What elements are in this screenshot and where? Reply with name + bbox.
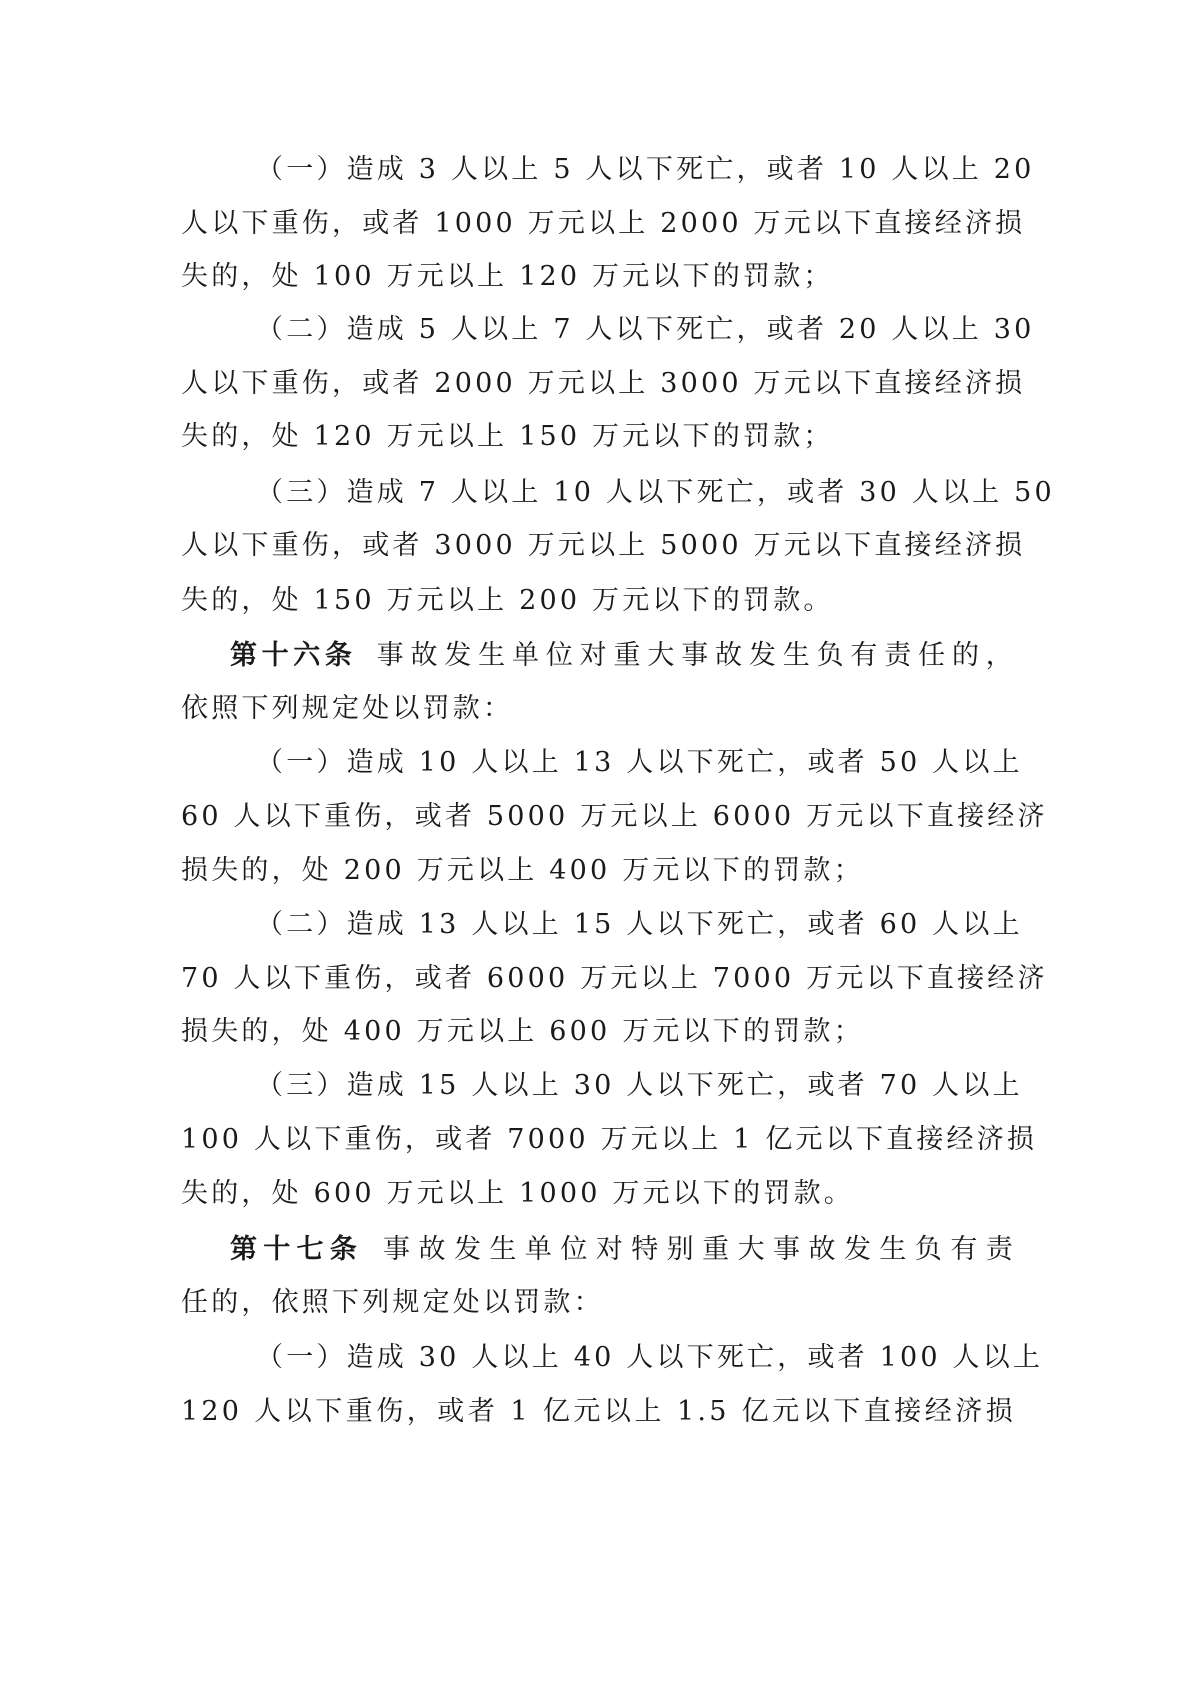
paragraph-line: （一）造成 30 人以上 40 人以下死亡，或者 100 人以上 <box>256 1331 1016 1385</box>
paragraph-line: 失的，处 100 万元以上 120 万元以下的罚款； <box>181 250 1016 304</box>
paragraph-line: 任的，依照下列规定处以罚款： <box>181 1276 1016 1330</box>
paragraph-line: （三）造成 15 人以上 30 人以下死亡，或者 70 人以上 <box>256 1059 1016 1113</box>
paragraph-line: 人以下重伤，或者 1000 万元以上 2000 万元以下直接经济损 <box>181 197 1016 251</box>
article-number: 第十六条 <box>230 640 357 671</box>
paragraph-line: 100 人以下重伤，或者 7000 万元以上 1 亿元以下直接经济损 <box>181 1113 1016 1167</box>
paragraph-line: 60 人以下重伤，或者 5000 万元以上 6000 万元以下直接经济 <box>181 790 1016 844</box>
article-text: 事故发生单位对特别重大事故发生负有责 <box>383 1234 1016 1265</box>
paragraph-line: （三）造成 7 人以上 10 人以下死亡，或者 30 人以上 50 <box>256 466 1016 520</box>
paragraph-line: （一）造成 3 人以上 5 人以下死亡，或者 10 人以上 20 <box>256 143 1016 197</box>
paragraph-line: 70 人以下重伤，或者 6000 万元以上 7000 万元以下直接经济 <box>181 952 1016 1006</box>
article-number: 第十七条 <box>230 1234 363 1265</box>
paragraph-line: 失的，处 150 万元以上 200 万元以下的罚款。 <box>181 574 1016 628</box>
paragraph-line: 损失的，处 400 万元以上 600 万元以下的罚款； <box>181 1005 1016 1059</box>
paragraph-line: 人以下重伤，或者 3000 万元以上 5000 万元以下直接经济损 <box>181 519 1016 573</box>
paragraph-line: 人以下重伤，或者 2000 万元以上 3000 万元以下直接经济损 <box>181 357 1016 411</box>
paragraph-line: 损失的，处 200 万元以上 400 万元以下的罚款； <box>181 844 1016 898</box>
paragraph-line: （二）造成 5 人以上 7 人以下死亡，或者 20 人以上 30 <box>256 303 1016 357</box>
article-heading-line: 第十六条事故发生单位对重大事故发生负有责任的， <box>230 629 1016 683</box>
paragraph-line: 120 人以下重伤，或者 1 亿元以上 1.5 亿元以下直接经济损 <box>181 1385 1016 1439</box>
paragraph-line: （二）造成 13 人以上 15 人以下死亡，或者 60 人以上 <box>256 898 1016 952</box>
document-page: （一）造成 3 人以上 5 人以下死亡，或者 10 人以上 20 人以下重伤，或… <box>0 0 1190 1683</box>
paragraph-line: 失的，处 600 万元以上 1000 万元以下的罚款。 <box>181 1167 1016 1221</box>
paragraph-line: 失的，处 120 万元以上 150 万元以下的罚款； <box>181 410 1016 464</box>
paragraph-line: （一）造成 10 人以上 13 人以下死亡，或者 50 人以上 <box>256 736 1016 790</box>
paragraph-line: 依照下列规定处以罚款： <box>181 682 1016 736</box>
article-text: 事故发生单位对重大事故发生负有责任的， <box>377 640 1016 671</box>
article-heading-line: 第十七条事故发生单位对特别重大事故发生负有责 <box>230 1223 1016 1277</box>
